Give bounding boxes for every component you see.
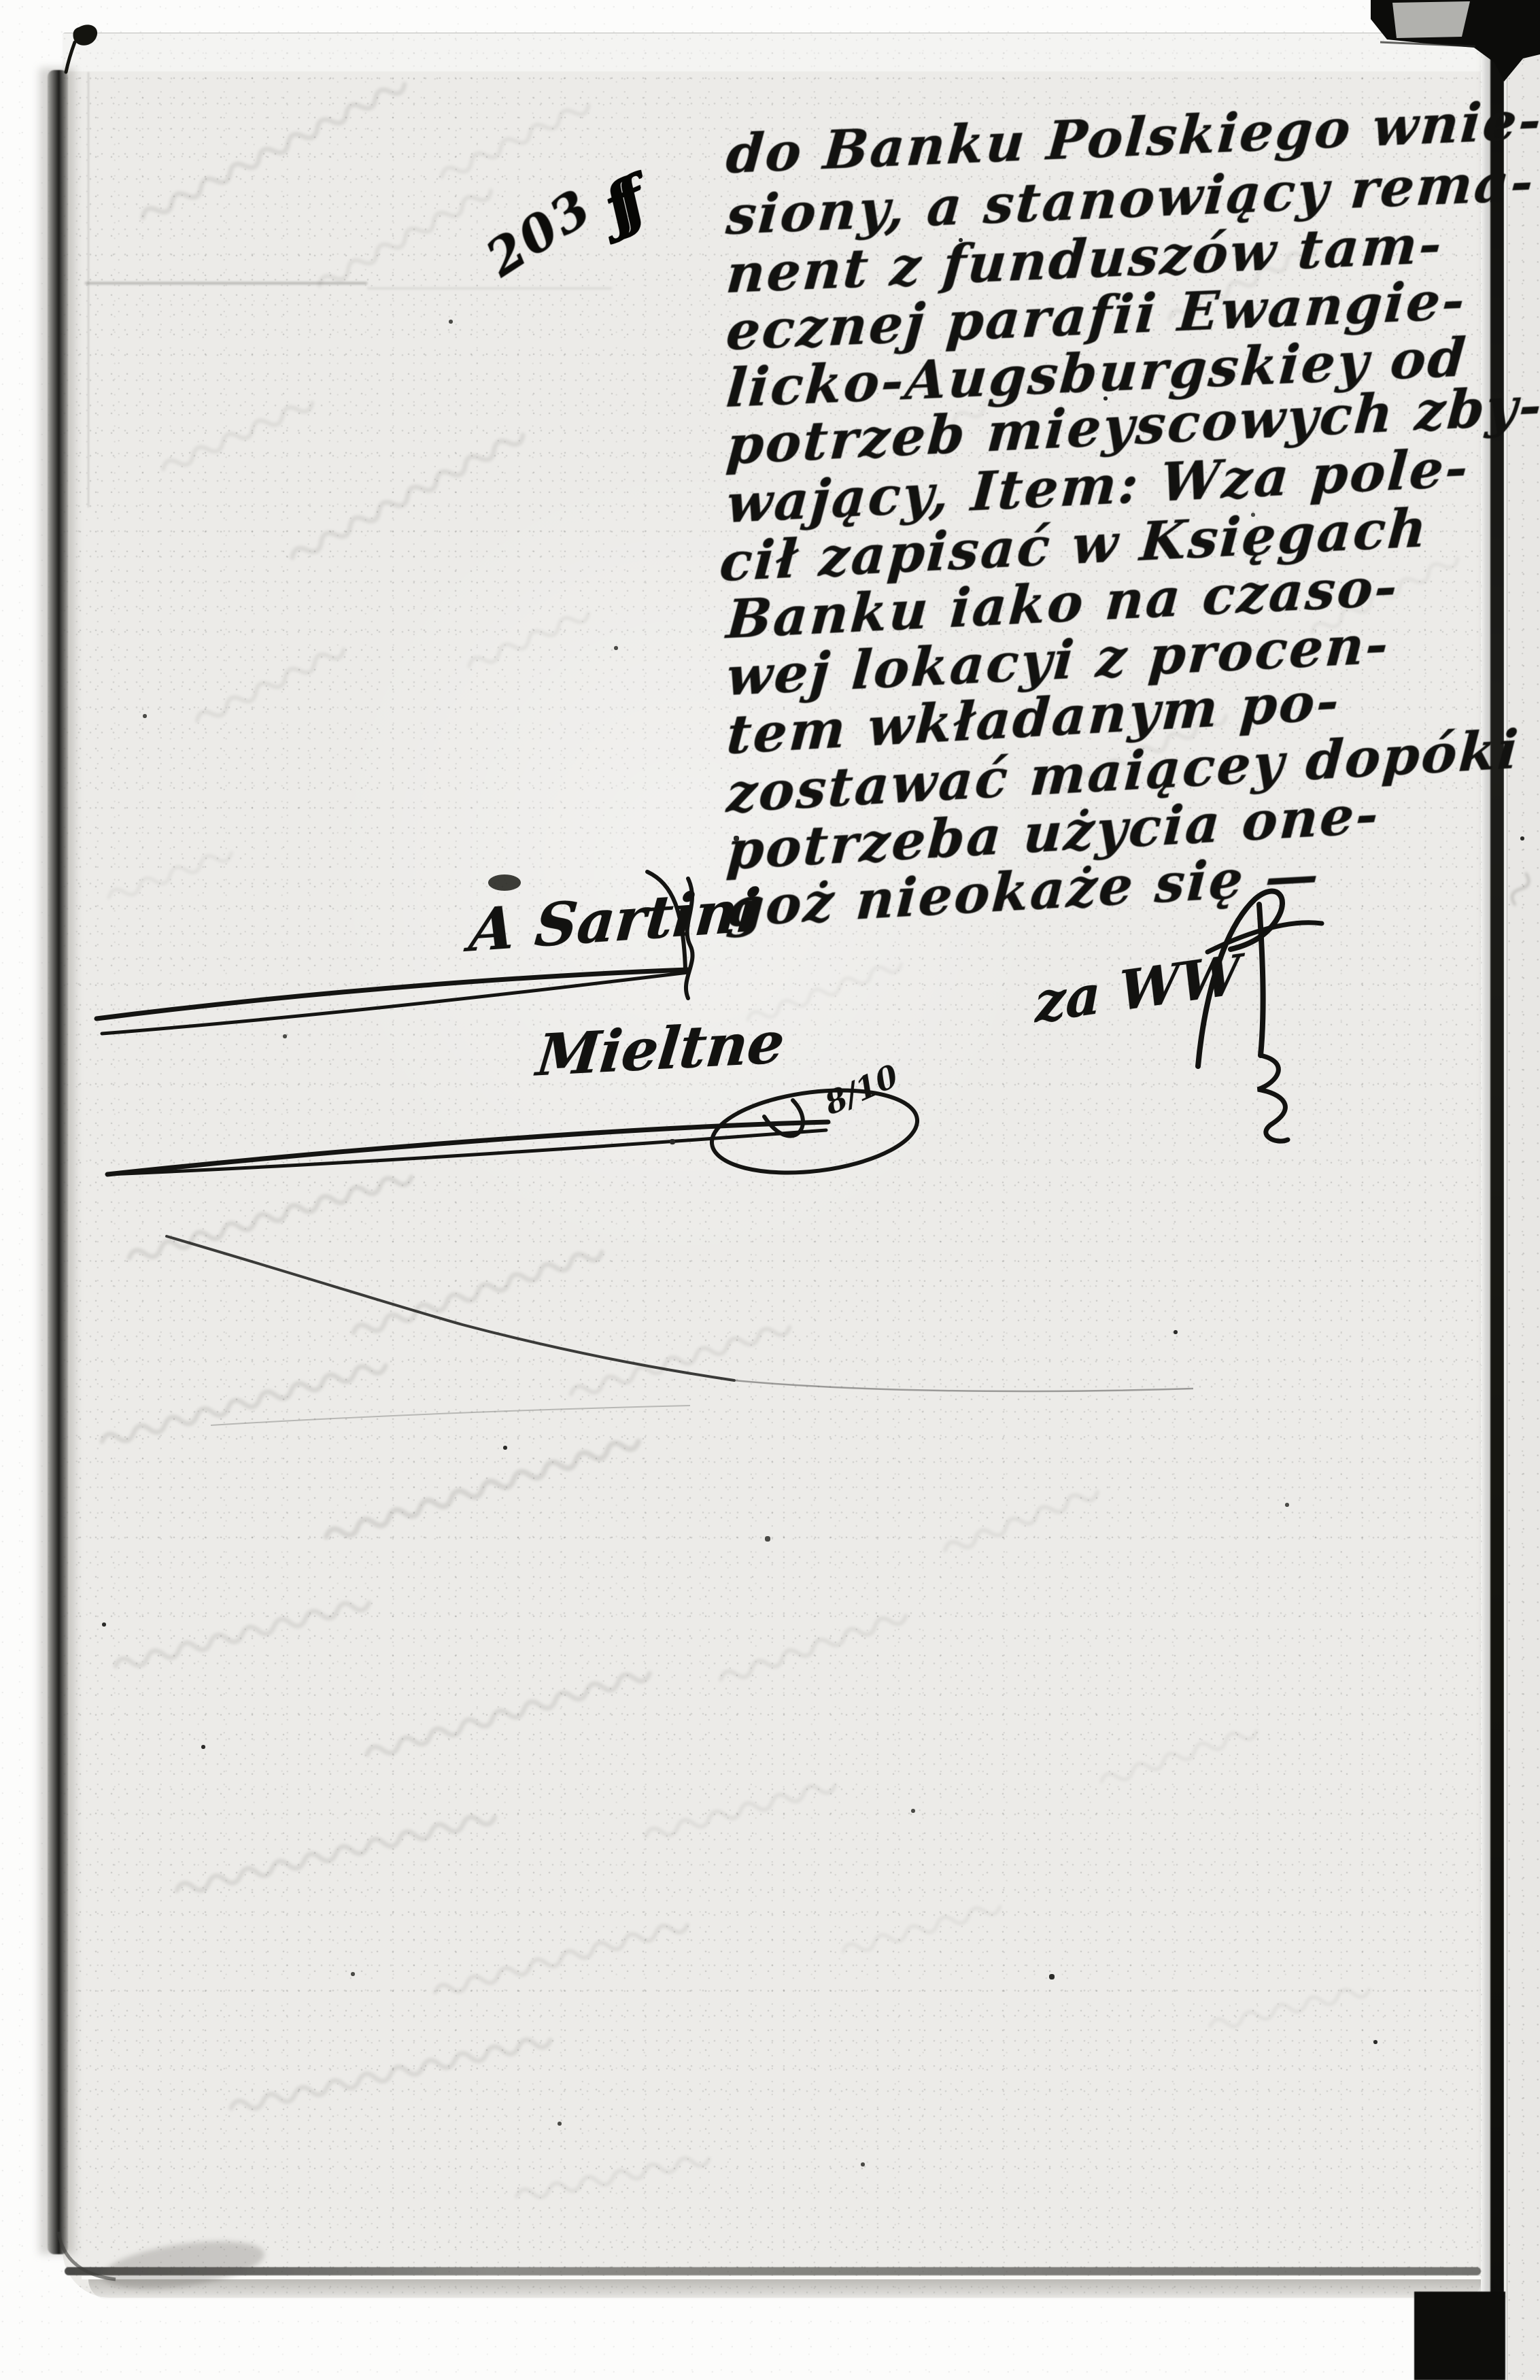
binding-shadow-bottom <box>1414 2292 1505 2380</box>
page-top-highlight <box>63 33 1481 71</box>
binding-edge-left <box>48 70 68 2254</box>
ink-smudge <box>85 282 367 284</box>
signature-mieltne: Mieltne <box>534 1008 788 1089</box>
scanned-document: 203 ƒƒ do Banku Polskiego wnie- siony, a… <box>0 0 1540 2380</box>
page-inner-edge <box>88 72 89 507</box>
page-bottom-shadow <box>88 2279 1481 2300</box>
page-bottom-edge <box>65 2267 1481 2275</box>
adjacent-page-edge <box>1507 0 1540 2380</box>
ink-smudge <box>367 288 612 289</box>
ink-specks <box>0 0 1 1</box>
